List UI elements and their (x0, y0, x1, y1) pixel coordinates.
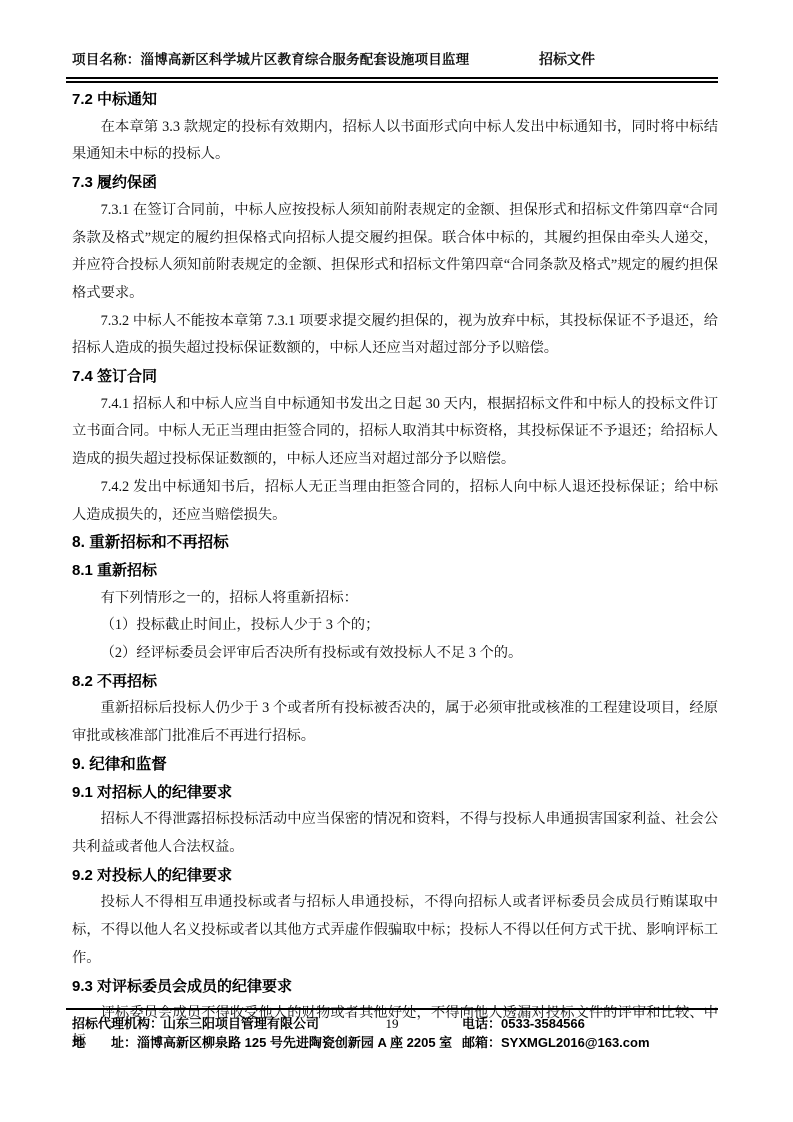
page-number: 19 (72, 1015, 712, 1033)
page-footer: 招标代理机构：山东三阳项目管理有限公司 19 电话：0533-3584566 地… (66, 1008, 718, 1052)
list-item: （2）经评标委员会评审后否决所有投标或有效投标人不足 3 个的。 (72, 640, 718, 668)
paragraph: 有下列情形之一的，招标人将重新招标： (72, 585, 718, 613)
project-name-label: 项目名称：淄博高新区科学城片区教育综合服务配套设施项目监理 (72, 48, 469, 68)
document-page: { "meta": { "colors": { "text": "#111111… (0, 0, 793, 1122)
phone-label: 电话：0533-3584566 (462, 1015, 585, 1033)
footer-row-2: 地 址：淄博高新区柳泉路 125 号先进陶瓷创新园 A 座 2205 室 邮箱：… (72, 1033, 712, 1052)
paragraph: 7.3.2 中标人不能按本章第 7.3.1 项要求提交履约担保的，视为放弃中标，… (72, 308, 718, 363)
page-header: 项目名称：淄博高新区科学城片区教育综合服务配套设施项目监理 招标文件 (72, 48, 718, 69)
section-heading-7-4: 7.4 签订合同 (72, 363, 718, 391)
section-heading-8-1: 8.1 重新招标 (72, 557, 718, 585)
section-heading-9-1: 9.1 对招标人的纪律要求 (72, 779, 718, 807)
section-heading-8-2: 8.2 不再招标 (72, 668, 718, 696)
document-type-label: 招标文件 (539, 49, 595, 69)
paragraph: 7.4.1 招标人和中标人应当自中标通知书发出之日起 30 天内，根据招标文件和… (72, 391, 718, 474)
document-body: 7.2 中标通知 在本章第 3.3 款规定的投标有效期内，招标人以书面形式向中标… (72, 86, 718, 1056)
chapter-heading-8: 8. 重新招标和不再招标 (72, 529, 718, 557)
paragraph: 在本章第 3.3 款规定的投标有效期内，招标人以书面形式向中标人发出中标通知书，… (72, 114, 718, 169)
chapter-heading-9: 9. 纪律和监督 (72, 751, 718, 779)
paragraph: 重新招标后投标人仍少于 3 个或者所有投标被否决的，属于必须审批或核准的工程建设… (72, 695, 718, 750)
paragraph: 7.4.2 发出中标通知书后，招标人无正当理由拒签合同的，招标人向中标人退还投标… (72, 474, 718, 529)
section-heading-9-2: 9.2 对投标人的纪律要求 (72, 862, 718, 890)
footer-row-1: 招标代理机构：山东三阳项目管理有限公司 19 电话：0533-3584566 (72, 1014, 712, 1033)
section-heading-9-3: 9.3 对评标委员会成员的纪律要求 (72, 973, 718, 1001)
section-heading-7-2: 7.2 中标通知 (72, 86, 718, 114)
address-label: 地 址：淄博高新区柳泉路 125 号先进陶瓷创新园 A 座 2205 室 (72, 1035, 452, 1050)
paragraph: 招标人不得泄露招标投标活动中应当保密的情况和资料，不得与投标人串通损害国家利益、… (72, 806, 718, 861)
header-divider (66, 77, 718, 83)
list-item: （1）投标截止时间止，投标人少于 3 个的； (72, 612, 718, 640)
paragraph: 7.3.1 在签订合同前，中标人应按投标人须知前附表规定的金额、担保形式和招标文… (72, 197, 718, 308)
email-label: 邮箱：SYXMGL2016@163.com (462, 1034, 650, 1052)
section-heading-7-3: 7.3 履约保函 (72, 169, 718, 197)
paragraph: 投标人不得相互串通投标或者与招标人串通投标，不得向招标人或者评标委员会成员行贿谋… (72, 889, 718, 972)
